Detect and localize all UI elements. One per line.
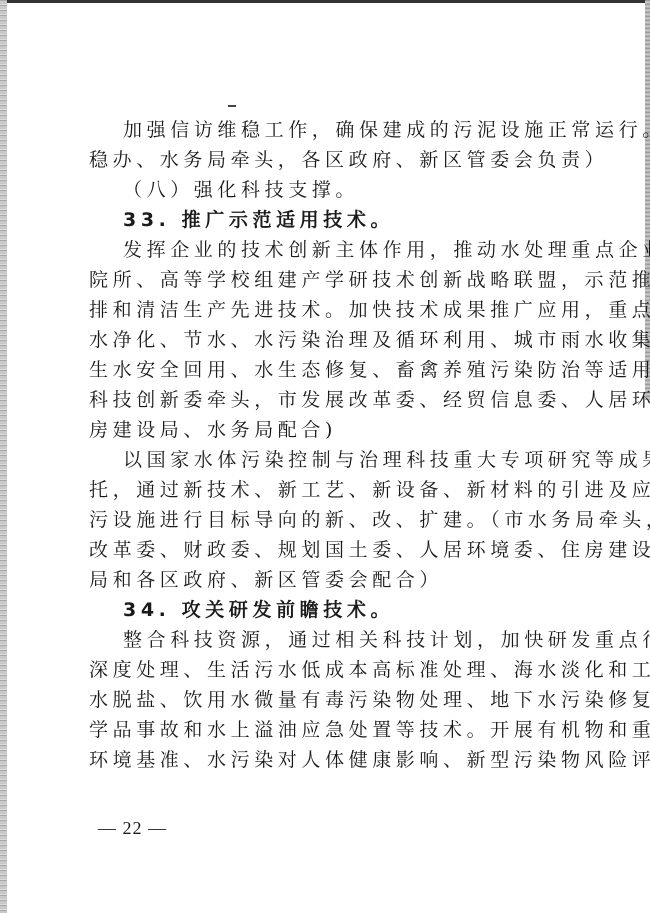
item-heading-34: 34. 攻关研发前瞻技术。: [89, 595, 569, 625]
page-number: — 22 —: [98, 818, 167, 839]
paragraph-line: 加强信访维稳工作，确保建成的污泥设施正常运行。（市维: [89, 115, 569, 145]
scan-border-top: [0, 0, 650, 3]
paragraph-line: 整合科技资源，通过相关科技计划，加快研发重点行业废水: [89, 625, 569, 655]
section-title: （八）强化科技支撑。: [89, 175, 569, 205]
paragraph-line: 科技创新委牵头，市发展改革委、经贸信息委、人居环境委、住: [89, 385, 569, 415]
paragraph-line: 稳办、水务局牵头，各区政府、新区管委会负责）: [89, 145, 569, 175]
paragraph-line: 生水安全回用、水生态修复、畜禽养殖污染防治等适用技术。(市: [89, 355, 569, 385]
paragraph-line: 房建设局、水务局配合): [89, 415, 569, 445]
paragraph-line: 局和各区政府、新区管委会配合）: [89, 565, 569, 595]
paragraph-line: 环境基准、水污染对人体健康影响、新型污染物风险评价、水环: [89, 745, 569, 775]
paragraph-line: 改革委、财政委、规划国土委、人居环境委、住房建设局、城管: [89, 535, 569, 565]
paragraph-line: 深度处理、生活污水低成本高标准处理、海水淡化和工业高盐废: [89, 655, 569, 685]
paragraph-line: 院所、高等学校组建产学研技术创新战略联盟，示范推广控源减: [89, 265, 569, 295]
paragraph-line: 水脱盐、饮用水微量有毒污染物处理、地下水污染修复、危险化: [89, 685, 569, 715]
paragraph-line: 排和清洁生产先进技术。加快技术成果推广应用，重点推广饮用: [89, 295, 569, 325]
item-heading-33: 33. 推广示范适用技术。: [89, 205, 569, 235]
scan-border-left: [0, 0, 7, 913]
paragraph-line: 以国家水体污染控制与治理科技重大专项研究等成果为依: [89, 445, 569, 475]
document-body: 加强信访维稳工作，确保建成的污泥设施正常运行。（市维 稳办、水务局牵头，各区政府…: [89, 115, 569, 775]
paragraph-line: 污设施进行目标导向的新、改、扩建。（市水务局牵头，市发展: [89, 505, 569, 535]
paragraph-line: 学品事故和水上溢油应急处置等技术。开展有机物和重金属等水: [89, 715, 569, 745]
paragraph-line: 水净化、节水、水污染治理及循环利用、城市雨水收集利用、再: [89, 325, 569, 355]
scan-mark: [228, 105, 236, 107]
paragraph-line: 托，通过新技术、新工艺、新设备、新材料的引进及应用，对治: [89, 475, 569, 505]
paragraph-line: 发挥企业的技术创新主体作用，推动水处理重点企业与科研: [89, 235, 569, 265]
